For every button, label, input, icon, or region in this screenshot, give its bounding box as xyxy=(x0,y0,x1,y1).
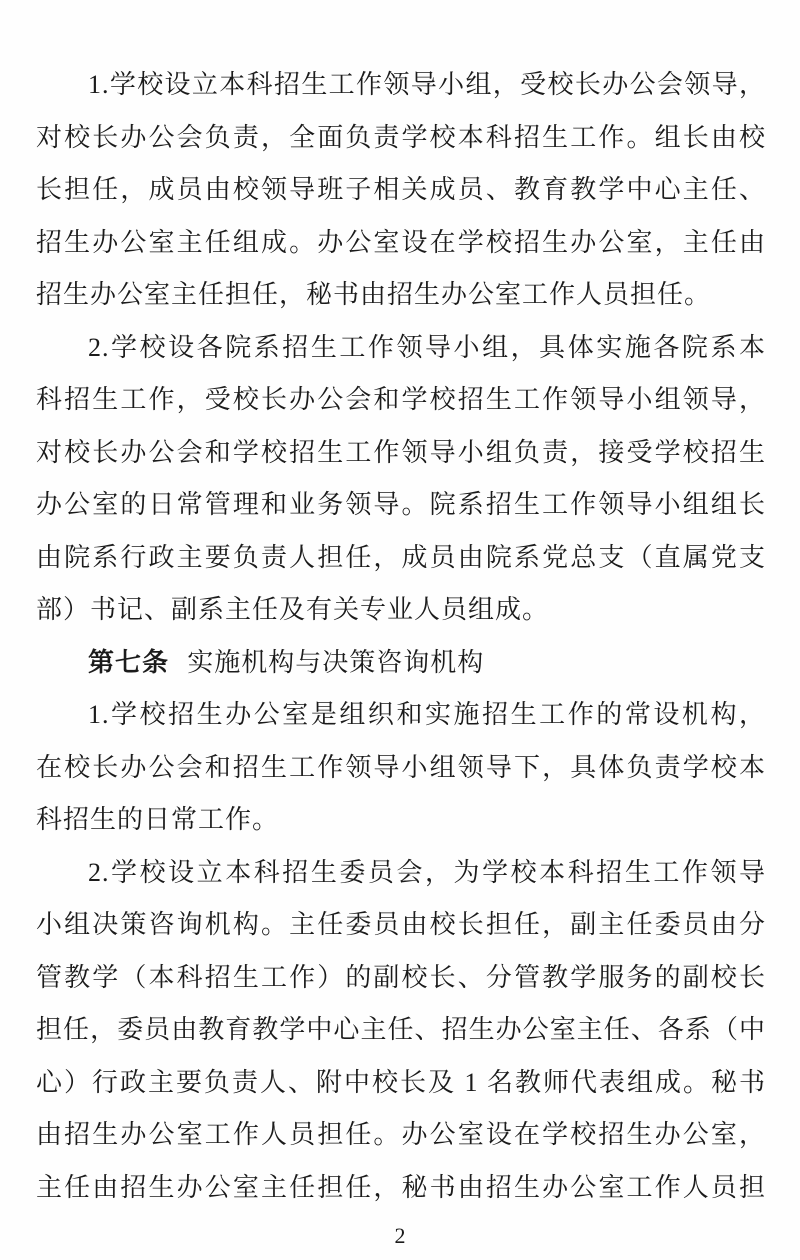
text-line: 1.学校招生办公室是组织和实施招生工作的常设机构， xyxy=(36,689,766,742)
page-number: 2 xyxy=(0,1220,800,1252)
text-line: 2.学校设立本科招生委员会，为学校本科招生工作领导 xyxy=(36,847,766,900)
document-body: 1.学校设立本科招生工作领导小组，受校长办公会领导， 对校长办公会负责，全面负责… xyxy=(36,59,766,1214)
text-line: 2.学校设各院系招生工作领导小组，具体实施各院系本 xyxy=(36,322,766,375)
article-title: 实施机构与决策咨询机构 xyxy=(187,648,484,677)
text-line: 在校长办公会和招生工作领导小组领导下，具体负责学校本 xyxy=(36,742,766,795)
text-line: 招生办公室主任组成。办公室设在学校招生办公室，主任由 xyxy=(36,217,766,270)
text-line: 对校长办公会负责，全面负责学校本科招生工作。组长由校 xyxy=(36,112,766,165)
article-number: 第七条 xyxy=(88,648,169,677)
text-line: 管教学（本科招生工作）的副校长、分管教学服务的副校长 xyxy=(36,952,766,1005)
text-line: 主任由招生办公室主任担任，秘书由招生办公室工作人员担 xyxy=(36,1162,766,1215)
document-page: 1.学校设立本科招生工作领导小组，受校长办公会领导， 对校长办公会负责，全面负责… xyxy=(0,0,800,1260)
text-line: 由院系行政主要负责人担任，成员由院系党总支（直属党支 xyxy=(36,532,766,585)
text-line: 小组决策咨询机构。主任委员由校长担任，副主任委员由分 xyxy=(36,899,766,952)
text-line: 1.学校设立本科招生工作领导小组，受校长办公会领导， xyxy=(36,59,766,112)
text-line: 招生办公室主任担任，秘书由招生办公室工作人员担任。 xyxy=(36,269,766,322)
text-line: 办公室的日常管理和业务领导。院系招生工作领导小组组长 xyxy=(36,479,766,532)
text-line: 担任，委员由教育教学中心主任、招生办公室主任、各系（中 xyxy=(36,1004,766,1057)
article-heading: 第七条实施机构与决策咨询机构 xyxy=(36,637,766,690)
text-line: 长担任，成员由校领导班子相关成员、教育教学中心主任、 xyxy=(36,164,766,217)
text-line: 科招生工作，受校长办公会和学校招生工作领导小组领导， xyxy=(36,374,766,427)
text-line: 部）书记、副系主任及有关专业人员组成。 xyxy=(36,584,766,637)
text-line: 心）行政主要负责人、附中校长及 1 名教师代表组成。秘书 xyxy=(36,1057,766,1110)
text-line: 科招生的日常工作。 xyxy=(36,794,766,847)
text-line: 由招生办公室工作人员担任。办公室设在学校招生办公室， xyxy=(36,1109,766,1162)
text-line: 对校长办公会和学校招生工作领导小组负责，接受学校招生 xyxy=(36,427,766,480)
